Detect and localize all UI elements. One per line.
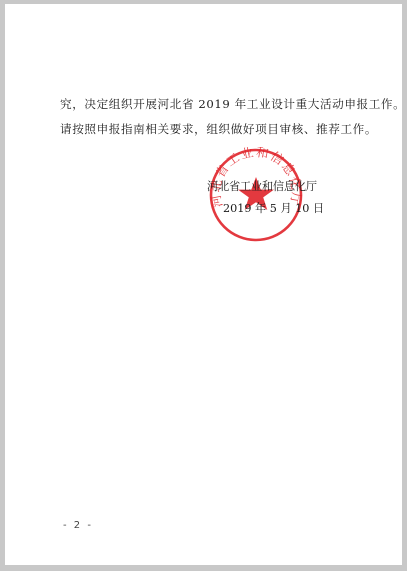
issuing-organization: 河北省工业和信息化厅 (207, 178, 317, 194)
body-paragraph-line-1: 究，决定组织开展河北省 2019 年工业设计重大活动申报工作。 (60, 96, 405, 112)
official-seal: 河北省工业和信息化厅 (208, 147, 304, 243)
document-page: 究，决定组织开展河北省 2019 年工业设计重大活动申报工作。 请按照申报指南相… (5, 4, 402, 565)
issue-date: 2019 年 5 月 10 日 (223, 200, 324, 216)
body-paragraph-line-2: 请按照申报指南相关要求，组织做好项目审核、推荐工作。 (60, 121, 377, 137)
seal-icon: 河北省工业和信息化厅 (208, 147, 304, 243)
page-number: - 2 - (63, 520, 93, 531)
